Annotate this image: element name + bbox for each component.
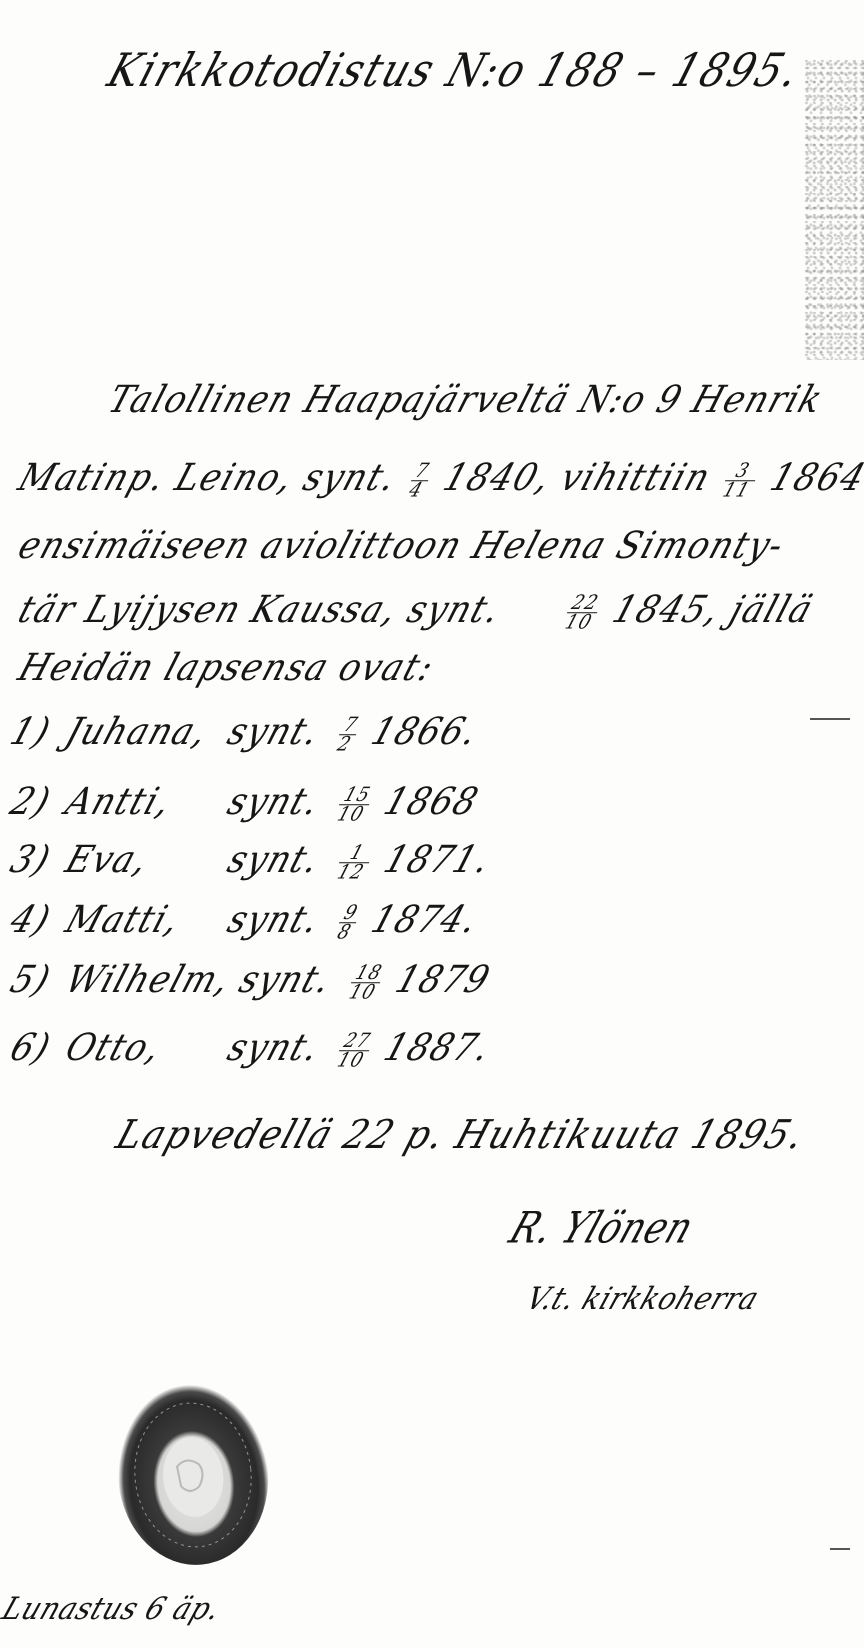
child-birth-year: 1866. [366, 710, 484, 754]
intro-line-4-text-a: tär Lyijysen Kaussa, synt. [13, 588, 507, 632]
intro-line-2-text-c: 1864 [765, 456, 864, 500]
child-index: 2) [5, 780, 57, 824]
marriage-date-fraction: 3 11 [719, 461, 761, 500]
intro-line-2-text-b: 1840, vihittiin [438, 456, 717, 500]
signature-name: R. Ylönen [503, 1204, 700, 1253]
child-name: Juhana, [60, 710, 224, 754]
born-label: synt. [222, 838, 325, 882]
intro-line-2-text-a: Matinp. Leino, synt. [13, 456, 403, 500]
fraction-month: 10 [333, 1051, 368, 1070]
child-birth-fraction: 18 10 [345, 963, 387, 1002]
fee-note: Lunastus 6 äp. [0, 1590, 226, 1626]
child-index: 4) [5, 898, 57, 942]
fraction-month: 10 [345, 983, 380, 1002]
fraction-day: 7 [339, 715, 362, 735]
fraction-month: 12 [333, 863, 368, 882]
fraction-month: 2 [333, 735, 356, 754]
document-title: Kirkkotodistus N:o 188 – 1895. [101, 45, 807, 98]
born-label: synt. [222, 1026, 325, 1070]
fraction-month: 11 [719, 481, 755, 500]
fraction-day: 15 [339, 785, 375, 805]
child-birth-year: 1871. [379, 838, 497, 882]
fraction-month: 10 [333, 805, 368, 824]
child-birth-year: 1874. [366, 898, 484, 942]
child-birth-year: 1879 [390, 958, 496, 1002]
fraction-month: 8 [333, 923, 356, 942]
scan-edge-noise [804, 60, 864, 360]
born-label: synt. [222, 710, 325, 754]
intro-line-1: Talollinen Haapajärveltä N:o 9 Henrik [103, 378, 829, 422]
child-birth-year: 1868 [379, 780, 485, 824]
seal-ring-icon [109, 1378, 277, 1573]
child-birth-fraction: 15 10 [333, 785, 375, 824]
fraction-day: 18 [351, 963, 387, 983]
child-name: Eva, [60, 838, 224, 882]
wife-birth-date-fraction: 22 10 [561, 593, 603, 632]
fraction-day: 9 [339, 903, 362, 923]
intro-line-2: Matinp. Leino, synt. 7 4 1840, vihittiin… [13, 456, 864, 500]
child-name: Antti, [60, 780, 224, 824]
child-entry: 1) Juhana, synt. 7 2 1866. [5, 710, 484, 754]
born-label: synt. [222, 780, 325, 824]
fraction-day: 7 [411, 461, 434, 481]
intro-line-5: Heidän lapsensa ovat: [13, 646, 440, 690]
intro-line-3: ensimäiseen aviolittoon Helena Simonty- [13, 524, 790, 568]
child-birth-fraction: 7 2 [333, 715, 362, 754]
fraction-month: 4 [405, 481, 428, 500]
child-entry: 3) Eva, synt. 1 12 1871. [5, 838, 496, 882]
child-birth-fraction: 27 10 [333, 1031, 375, 1070]
child-index: 3) [5, 838, 57, 882]
fraction-day: 1 [339, 843, 375, 863]
child-entry: 5) Wilhelm, synt. 18 10 1879 [5, 958, 496, 1002]
child-birth-year: 1887. [379, 1026, 497, 1070]
scan-edge-mark [830, 1548, 850, 1550]
child-index: 1) [5, 710, 57, 754]
signature-title: V.t. kirkkoherra [521, 1280, 764, 1316]
fraction-day: 22 [567, 593, 603, 613]
child-birth-fraction: 1 12 [333, 843, 375, 882]
intro-line-4-text-b: 1845, jällä [607, 588, 819, 632]
fraction-month: 10 [561, 613, 597, 632]
child-name: Matti, [60, 898, 224, 942]
child-name: Otto, [60, 1026, 224, 1070]
child-entry: 6) Otto, synt. 27 10 1887. [5, 1026, 496, 1070]
place-and-date: Lapvedellä 22 p. Huhtikuuta 1895. [111, 1113, 811, 1158]
child-index: 5) [5, 958, 57, 1002]
fraction-day: 3 [725, 461, 761, 481]
child-name: Wilhelm, [60, 958, 236, 1002]
scanned-document-page: Kirkkotodistus N:o 188 – 1895. Talolline… [0, 0, 864, 1648]
child-entry: 2) Antti, synt. 15 10 1868 [5, 780, 484, 824]
born-label: synt. [234, 958, 337, 1002]
intro-line-4: tär Lyijysen Kaussa, synt. 22 10 1845, j… [13, 588, 819, 632]
child-index: 6) [5, 1026, 57, 1070]
born-label: synt. [222, 898, 325, 942]
child-entry: 4) Matti, synt. 9 8 1874. [5, 898, 484, 942]
scan-edge-mark [810, 718, 850, 720]
church-seal-icon [109, 1378, 277, 1573]
fraction-day: 27 [339, 1031, 375, 1051]
child-birth-fraction: 9 8 [333, 903, 362, 942]
birth-date-fraction: 7 4 [405, 461, 434, 500]
